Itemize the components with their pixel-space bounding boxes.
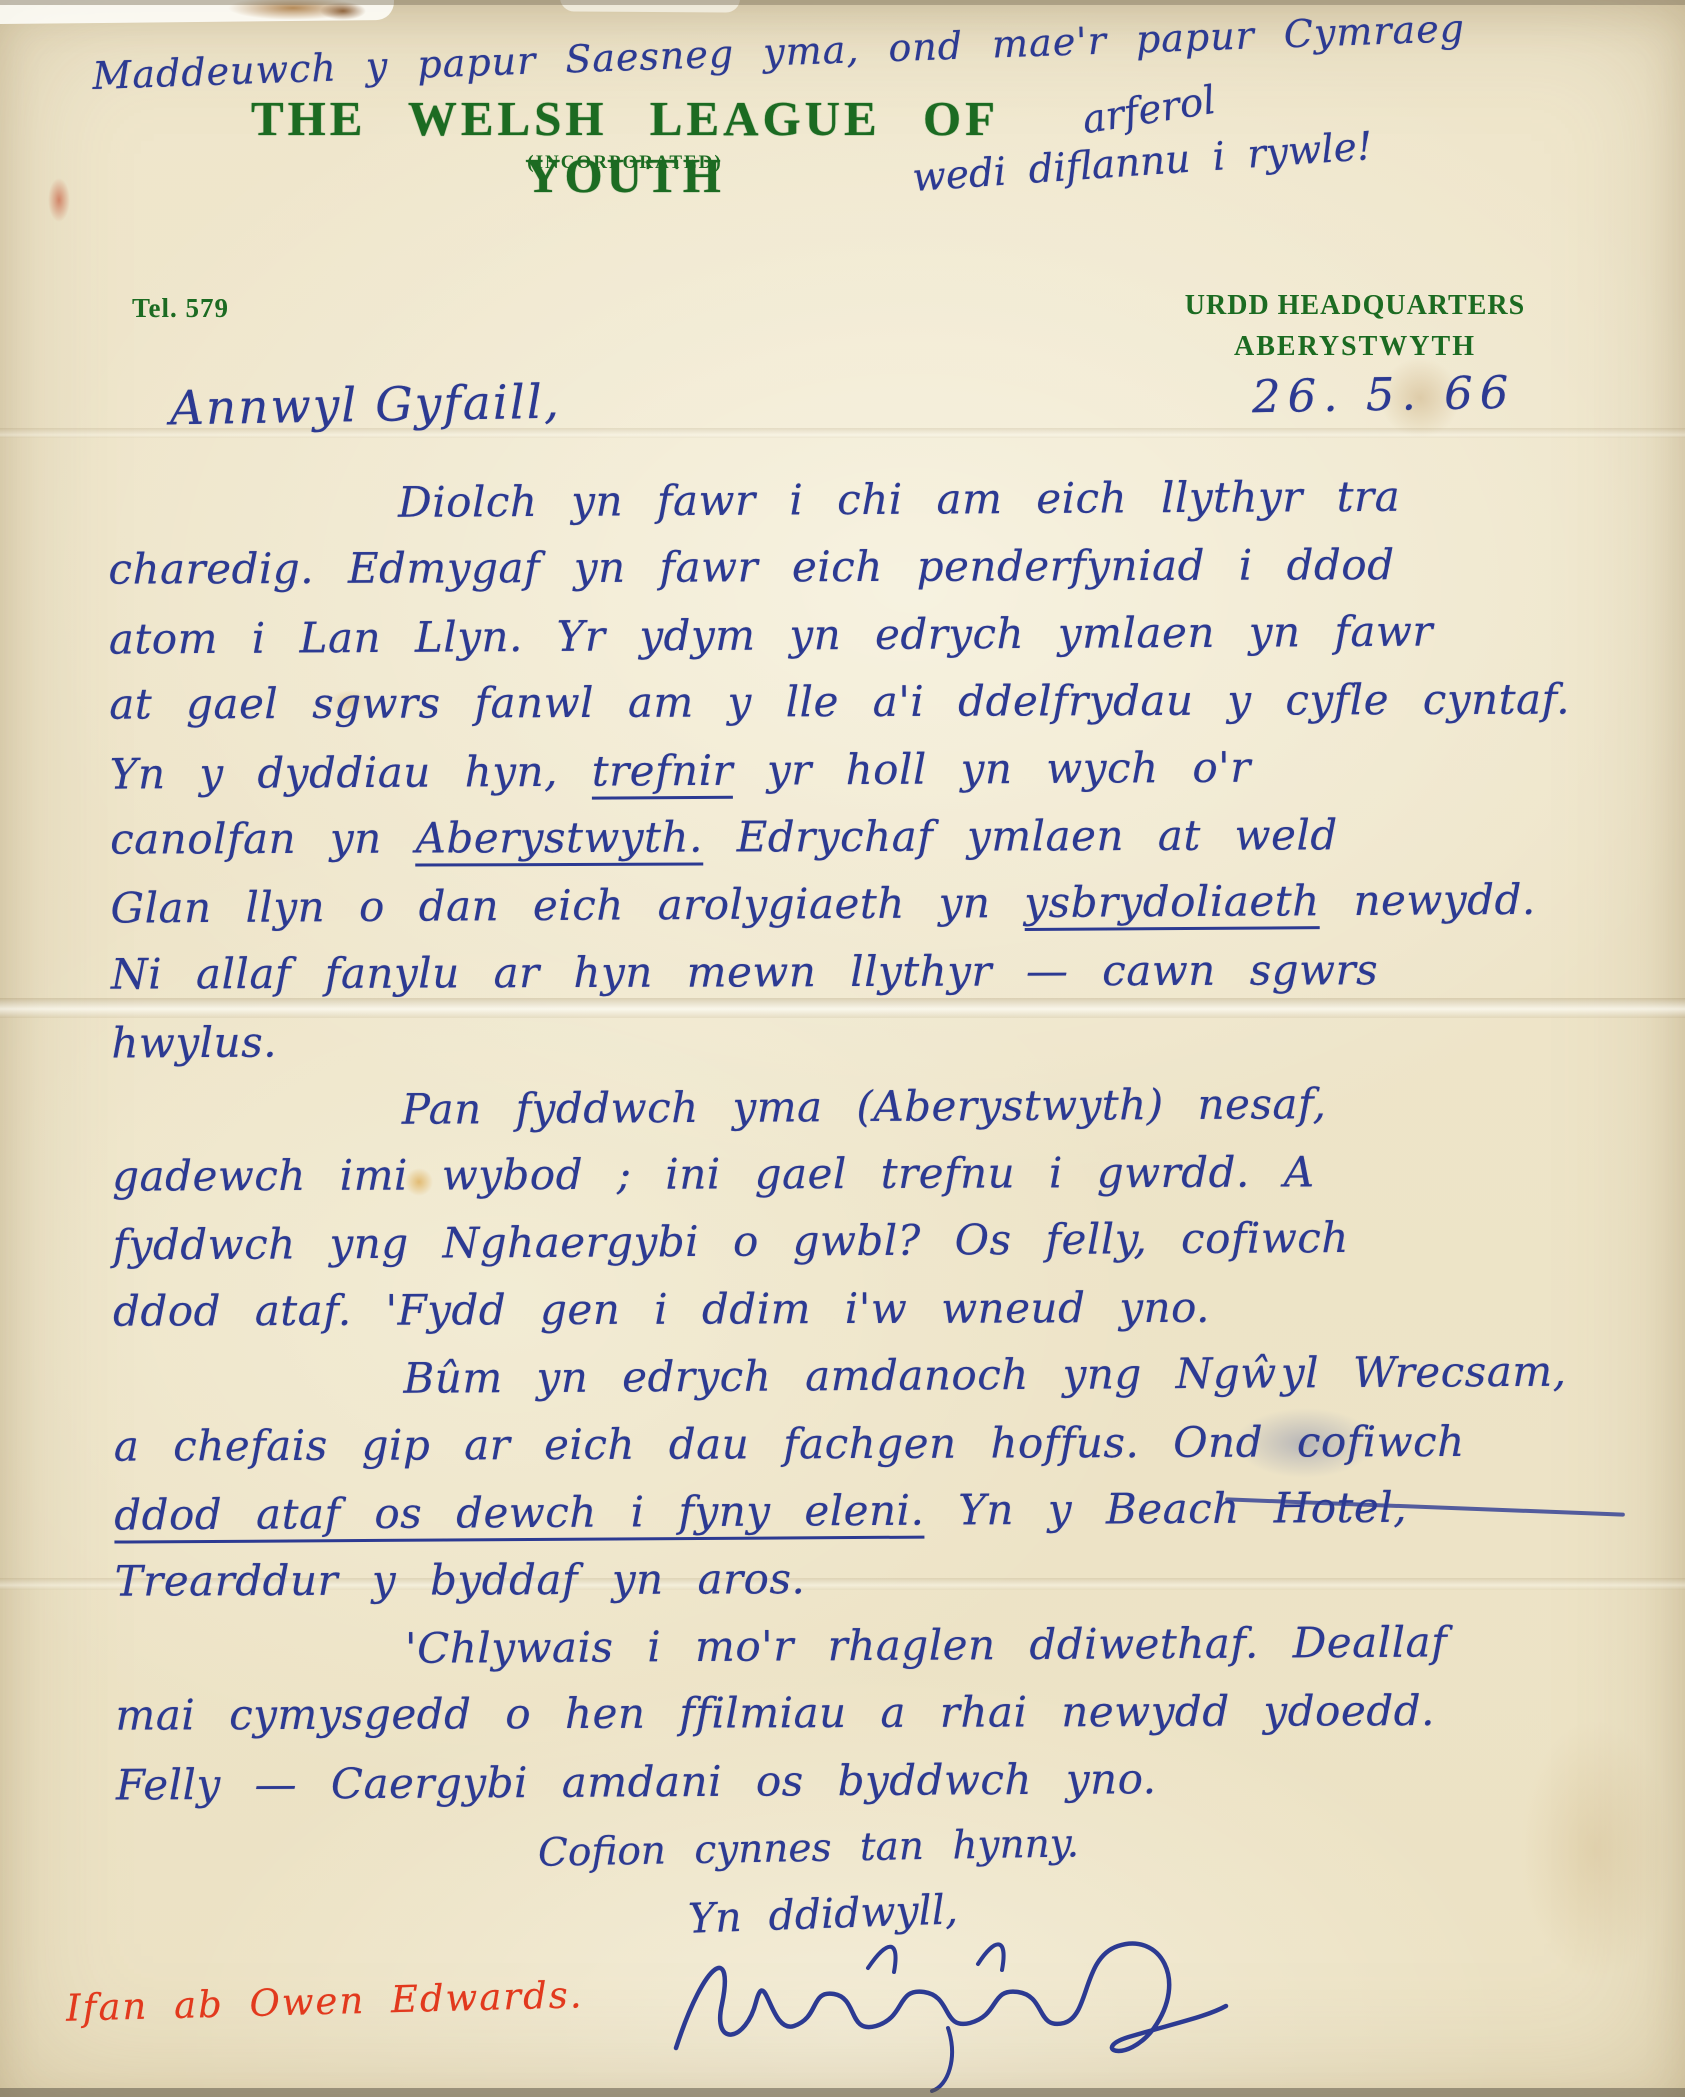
letter-paragraph: Diolch yn fawr i chi am eich llythyr tra…: [108, 461, 1604, 1077]
letterhead-incorporated: (INCORPORATED): [185, 152, 1065, 174]
handwritten-line: Pan fyddwch yma (Aberystwyth) nesaf,: [112, 1068, 1604, 1145]
handwritten-line: ddod ataf os dewch i fyny eleni. Yn y Be…: [114, 1473, 1606, 1550]
letterhead-title: THE WELSH LEAGUE OF YOUTH: [185, 90, 1065, 204]
handwritten-line: 'Chlywais i mo'r rhaglen ddiwethaf. Deal…: [115, 1607, 1607, 1684]
scan-edge-bottom: [0, 2088, 1685, 2097]
scanned-letter-page: Maddeuwch y papur Saesneg yma, ond mae'r…: [0, 0, 1685, 2097]
underlined-phrase: ddod ataf os dewch i fyny eleni.: [114, 1486, 924, 1544]
handwritten-line: a chefais gip ar eich dau fachgen hoffus…: [114, 1407, 1606, 1480]
letter-paragraph: Bûm yn edrych amdanoch yng Ngŵyl Wrecsam…: [113, 1338, 1607, 1617]
handwritten-line: hwylus.: [111, 1001, 1603, 1078]
handwritten-line: Trearddur y byddaf yn aros.: [115, 1542, 1607, 1615]
letter-salutation: Annwyl Gyfaill,: [170, 375, 562, 437]
letterhead-headquarters: URDD HEADQUARTERS: [1175, 290, 1535, 322]
handwritten-line: mai cymysgedd o hen ffilmiau a rhai newy…: [115, 1677, 1607, 1750]
handwritten-line: Felly — Caergybi amdani os byddwch yno.: [116, 1742, 1608, 1819]
underlined-phrase: trefnir: [592, 745, 734, 799]
signature-scrawl: [648, 1928, 1248, 2093]
handwritten-line: gadewch imi wybod ; ini gael trefnu i gw…: [112, 1137, 1604, 1210]
letter-paragraph: 'Chlywais i mo'r rhaglen ddiwethaf. Deal…: [115, 1607, 1608, 1818]
handwritten-line: ddod ataf. 'Fydd gen i ddim i'w wneud yn…: [113, 1272, 1605, 1345]
scan-edge-top: [0, 0, 1685, 5]
handwritten-line: Bûm yn edrych amdanoch yng Ngŵyl Wrecsam…: [113, 1338, 1605, 1415]
signature-svg: [648, 1928, 1248, 2093]
letter-body: Diolch yn fawr i chi am eich llythyr tra…: [108, 461, 1608, 1818]
handwritten-line: Yn y dyddiau hyn, trefnir yr holl yn wyc…: [110, 731, 1602, 808]
archivist-name-caption: Ifan ab Owen Edwards.: [66, 1973, 584, 2030]
underlined-phrase: Aberystwyth.: [416, 813, 703, 867]
handwritten-line: canolfan yn Aberystwyth. Edrychaf ymlaen…: [110, 800, 1602, 873]
letter-date: 26. 5. 66: [1252, 366, 1516, 424]
handwritten-line: charedig. Edmygaf yn fawr eich penderfyn…: [108, 531, 1600, 604]
handwritten-line: Diolch yn fawr i chi am eich llythyr tra: [108, 461, 1600, 538]
top-handwritten-note-word: arferol: [1079, 78, 1218, 143]
handwritten-line: fyddwch yng Nghaergybi o gwbl? Os felly,…: [112, 1203, 1604, 1280]
letterhead-address: URDD HEADQUARTERS ABERYSTWYTH: [1175, 290, 1535, 363]
letterhead-telephone: Tel. 579: [132, 293, 229, 324]
stain-mark: [48, 178, 70, 222]
letter-paragraph: Pan fyddwch yma (Aberystwyth) nesaf,gade…: [112, 1068, 1606, 1347]
handwritten-line: Glan llyn o dan eich arolygiaeth yn ysbr…: [110, 866, 1602, 943]
underlined-phrase: ysbrydoliaeth: [1024, 877, 1320, 932]
handwritten-line: at gael sgwrs fanwl am y lle a'i ddelfry…: [109, 666, 1601, 739]
letterhead-town: ABERYSTWYTH: [1175, 331, 1535, 363]
handwritten-line: atom i Lan Llyn. Yr ydym yn edrych ymlae…: [109, 596, 1601, 673]
handwritten-line: Ni allaf fanylu ar hyn mewn llythyr — ca…: [111, 935, 1603, 1008]
letter-regards: Cofion cynnes tan hynny.: [538, 1821, 1080, 1875]
